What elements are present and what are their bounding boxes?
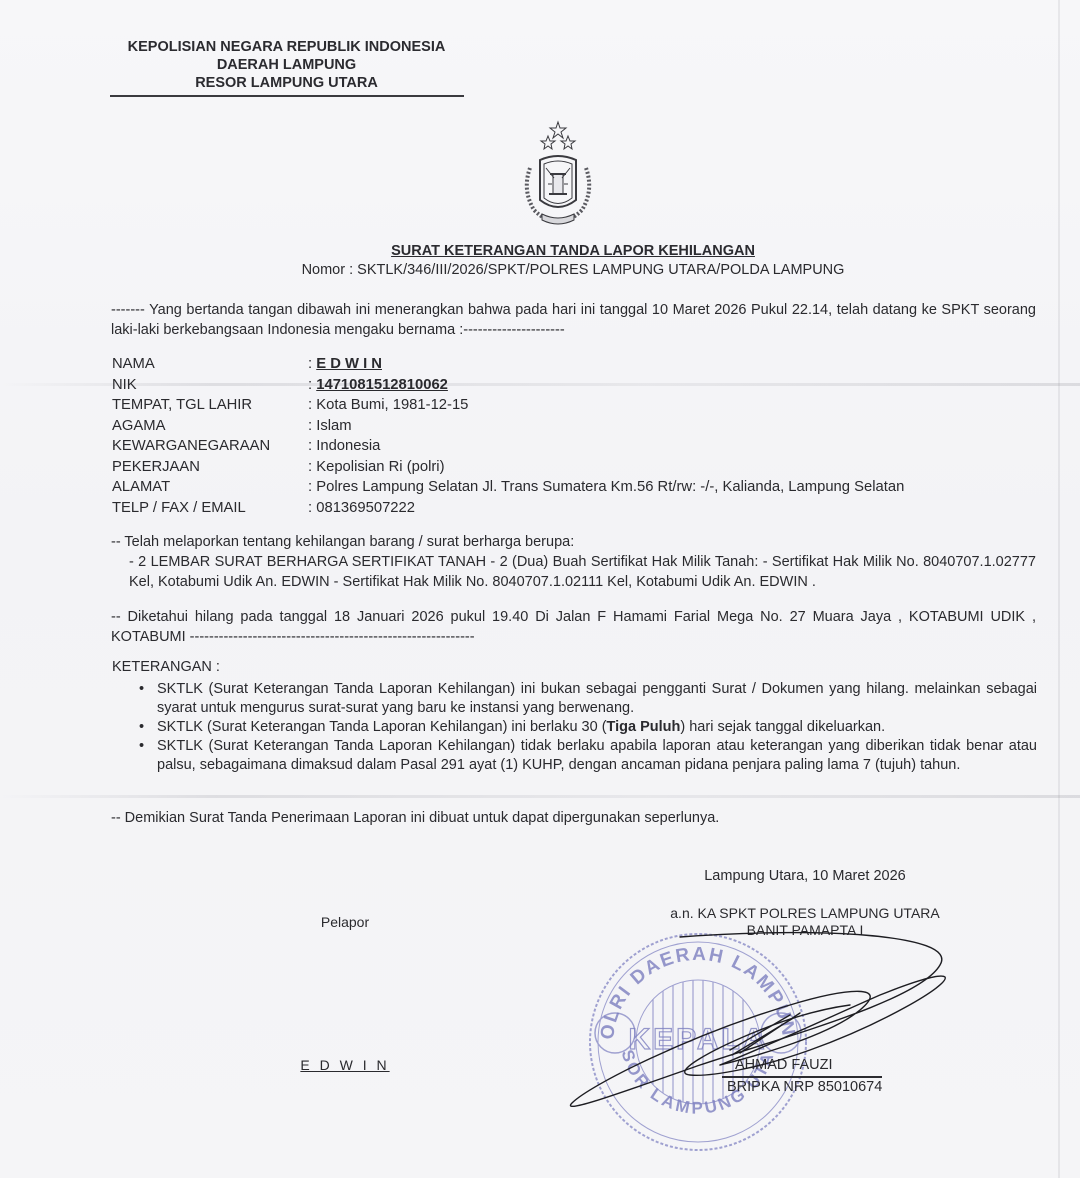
identity-value: : Islam	[308, 416, 352, 437]
place-date: Lampung Utara, 10 Maret 2026	[660, 868, 950, 884]
reporter-label: Pelapor	[300, 914, 390, 930]
document-page: KEPOLISIAN NEGARA REPUBLIK INDONESIA DAE…	[0, 0, 1080, 1178]
identity-label: TEMPAT, TGL LAHIR	[112, 395, 308, 416]
issuing-authority-header: KEPOLISIAN NEGARA REPUBLIK INDONESIA DAE…	[110, 38, 463, 92]
note-item: SKTLK (Surat Keterangan Tanda Laporan Ke…	[137, 680, 1037, 718]
reporter-name: E D W I N	[300, 1057, 390, 1073]
identity-label: ALAMAT	[112, 477, 308, 498]
identity-row-nama: NAMA : E D W I N	[112, 354, 904, 375]
paper-fold	[0, 795, 1080, 798]
nik-value: 1471081512810062	[316, 377, 448, 393]
header-line: RESOR LAMPUNG UTARA	[110, 74, 463, 92]
identity-row-contact: TELP / FAX / EMAIL : 081369507222	[112, 498, 904, 519]
identity-row-birth: TEMPAT, TGL LAHIR : Kota Bumi, 1981-12-1…	[112, 395, 904, 416]
police-emblem-icon	[516, 118, 600, 230]
note-item: SKTLK (Surat Keterangan Tanda Laporan Ke…	[137, 718, 1037, 737]
notes-heading: KETERANGAN :	[112, 659, 220, 675]
identity-label: PEKERJAAN	[112, 457, 308, 478]
report-paragraph: -- Telah melaporkan tentang kehilangan b…	[111, 532, 1036, 592]
identity-value: : Polres Lampung Selatan Jl. Trans Sumat…	[308, 477, 904, 498]
report-lead: -- Telah melaporkan tentang kehilangan b…	[111, 532, 1036, 552]
document-number: Nomor : SKTLK/346/III/2026/SPKT/POLRES L…	[260, 262, 886, 278]
paper-fold	[1058, 0, 1060, 1178]
handwritten-signature-icon	[560, 925, 960, 1125]
document-title: SURAT KETERANGAN TANDA LAPOR KEHILANGAN	[260, 243, 886, 259]
intro-paragraph: ------- Yang bertanda tangan dibawah ini…	[111, 300, 1036, 340]
note-item: SKTLK (Surat Keterangan Tanda Laporan Ke…	[137, 737, 1037, 775]
identity-value: : 1471081512810062	[308, 375, 448, 396]
lost-item-description: - 2 LEMBAR SURAT BERHARGA SERTIFIKAT TAN…	[111, 552, 1036, 592]
header-line: KEPOLISIAN NEGARA REPUBLIK INDONESIA	[110, 38, 463, 56]
identity-row-religion: AGAMA : Islam	[112, 416, 904, 437]
notes-list: SKTLK (Surat Keterangan Tanda Laporan Ke…	[137, 680, 1037, 775]
identity-value: : Indonesia	[308, 436, 380, 457]
identity-label: NIK	[112, 375, 308, 396]
identity-label: KEWARGANEGARAAN	[112, 436, 308, 457]
identity-row-address: ALAMAT : Polres Lampung Selatan Jl. Tran…	[112, 477, 904, 498]
identity-label: NAMA	[112, 354, 308, 375]
closing-paragraph: -- Demikian Surat Tanda Penerimaan Lapor…	[111, 808, 1036, 828]
identity-row-occupation: PEKERJAAN : Kepolisian Ri (polri)	[112, 457, 904, 478]
header-line: DAERAH LAMPUNG	[110, 56, 463, 74]
identity-row-citizenship: KEWARGANEGARAAN : Indonesia	[112, 436, 904, 457]
identity-value: : E D W I N	[308, 354, 382, 375]
header-underline	[110, 95, 464, 97]
identity-value: : 081369507222	[308, 498, 415, 519]
identity-table: NAMA : E D W I N NIK : 1471081512810062 …	[112, 354, 904, 518]
name-value: E D W I N	[316, 356, 382, 372]
identity-value: : Kepolisian Ri (polri)	[308, 457, 445, 478]
identity-row-nik: NIK : 1471081512810062	[112, 375, 904, 396]
identity-value: : Kota Bumi, 1981-12-15	[308, 395, 468, 416]
lost-info-paragraph: -- Diketahui hilang pada tanggal 18 Janu…	[111, 607, 1036, 647]
identity-label: AGAMA	[112, 416, 308, 437]
identity-label: TELP / FAX / EMAIL	[112, 498, 308, 519]
